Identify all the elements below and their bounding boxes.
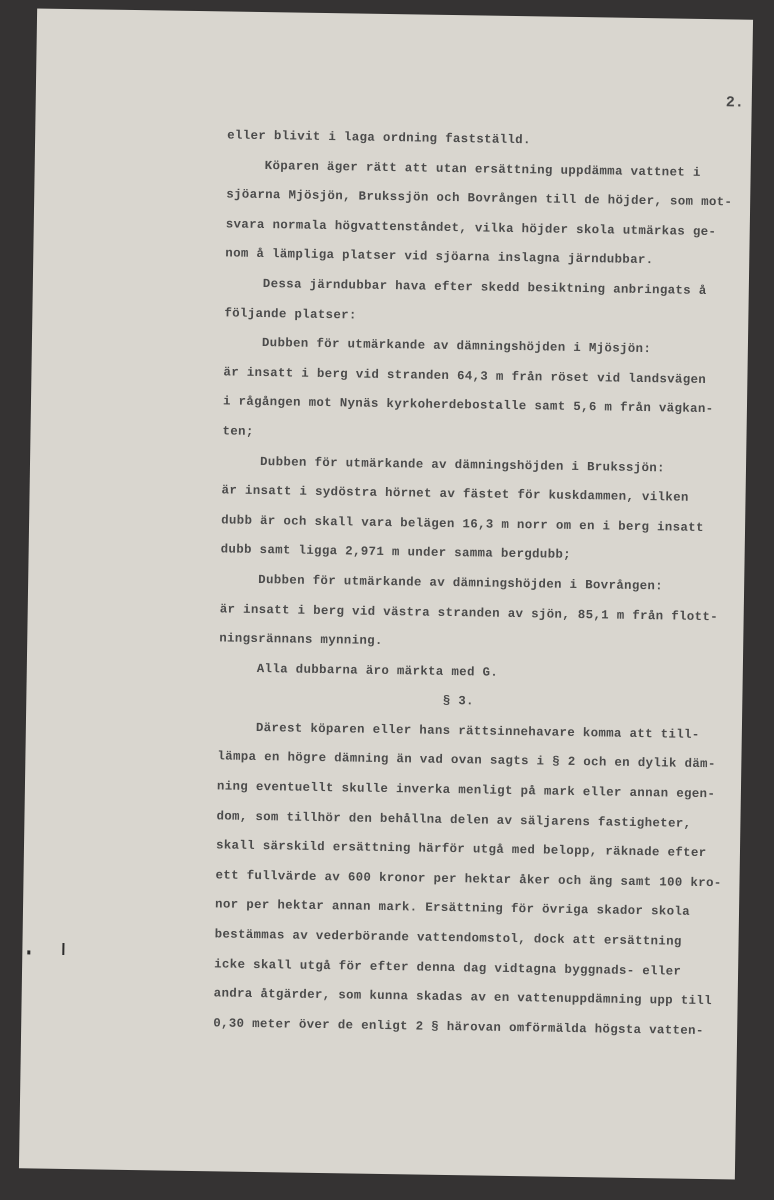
margin-mark: [62, 943, 64, 955]
document-page: 2. eller blivit i laga ordning fastställ…: [19, 8, 753, 1179]
margin-mark: [27, 950, 30, 954]
document-body: eller blivit i laga ordning fastställd.K…: [213, 121, 747, 1046]
page-number: 2.: [726, 94, 744, 111]
